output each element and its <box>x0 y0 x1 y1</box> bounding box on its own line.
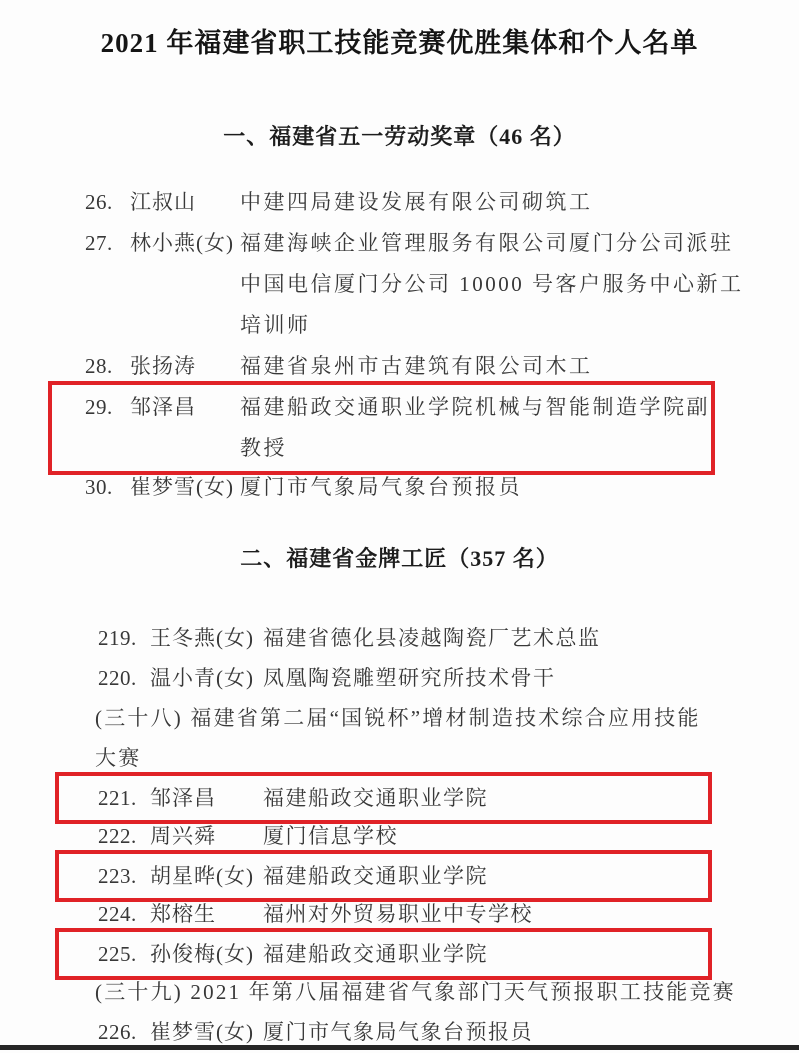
entry-number: 221. <box>98 778 150 818</box>
entry-organization: 福建省德化县凌越陶瓷厂艺术总监 <box>263 618 601 658</box>
competition-subheading: (三十九) 2021 年第八届福建省气象部门天气预报职工技能竞赛 <box>0 972 799 1012</box>
entry-person-name: 林小燕(女) <box>130 223 240 264</box>
entry-number: 219. <box>98 618 150 658</box>
entry-organization-line: 中建四局建设发展有限公司砌筑工 <box>240 182 593 223</box>
entry-organization-line: 福建船政交通职业学院 <box>263 856 488 896</box>
section1-entry-list: 26. 江叔山 中建四局建设发展有限公司砌筑工 27. 林小燕(女) 福建海峡企… <box>0 182 799 508</box>
entry-organization: 福州对外贸易职业中专学校 <box>263 894 533 934</box>
entry-organization-line: 凤凰陶瓷雕塑研究所技术骨干 <box>263 658 556 698</box>
entry-organization: 福建船政交通职业学院机械与智能制造学院副 教授 <box>240 387 710 469</box>
document-title: 2021 年福建省职工技能竞赛优胜集体和个人名单 <box>0 26 799 60</box>
award-entry-row: 29. 邹泽昌 福建船政交通职业学院机械与智能制造学院副 教授 <box>48 381 715 475</box>
award-entry-row: 26. 江叔山 中建四局建设发展有限公司砌筑工 <box>0 182 799 223</box>
entry-organization-line: 福建省德化县凌越陶瓷厂艺术总监 <box>263 618 601 658</box>
entry-organization-line: 福州对外贸易职业中专学校 <box>263 894 533 934</box>
entry-number: 223. <box>98 856 150 896</box>
entry-number: 225. <box>98 934 150 974</box>
entry-organization: 福建船政交通职业学院 <box>263 856 488 896</box>
entry-organization-line: 福建船政交通职业学院机械与智能制造学院副 <box>240 387 710 428</box>
entry-person-name: 胡星晔(女) <box>150 856 263 896</box>
entry-organization: 中建四局建设发展有限公司砌筑工 <box>240 182 593 223</box>
entry-organization: 厦门信息学校 <box>263 816 398 856</box>
section2-entry-list: 219. 王冬燕(女) 福建省德化县凌越陶瓷厂艺术总监 220. 温小青(女) … <box>0 618 799 1052</box>
entry-organization-line: 福建省泉州市古建筑有限公司木工 <box>240 346 593 387</box>
entry-person-name: 温小青(女) <box>150 658 263 698</box>
entry-person-name: 崔梦雪(女) <box>130 467 240 508</box>
scan-bottom-edge <box>0 1045 799 1050</box>
entry-number: 26. <box>85 182 130 223</box>
entry-organization: 凤凰陶瓷雕塑研究所技术骨干 <box>263 658 556 698</box>
entry-organization-line: 福建船政交通职业学院 <box>263 778 488 818</box>
entry-person-name: 张扬涛 <box>130 346 240 387</box>
entry-number: 222. <box>98 816 150 856</box>
entry-number: 224. <box>98 894 150 934</box>
entry-person-name: 王冬燕(女) <box>150 618 263 658</box>
entry-person-name: 邹泽昌 <box>150 778 263 818</box>
entry-organization-line: 厦门市气象局气象台预报员 <box>240 467 522 508</box>
entry-number: 28. <box>85 346 130 387</box>
entry-person-name: 江叔山 <box>130 182 240 223</box>
entry-number: 29. <box>85 387 130 428</box>
entry-organization: 福建船政交通职业学院 <box>263 934 488 974</box>
entry-organization: 福建省泉州市古建筑有限公司木工 <box>240 346 593 387</box>
entry-number: 30. <box>85 467 130 508</box>
award-entry-row: 219. 王冬燕(女) 福建省德化县凌越陶瓷厂艺术总监 <box>0 618 799 658</box>
competition-subheading-line: (三十八) 福建省第二届“国锐杯”增材制造技术综合应用技能 <box>95 698 799 738</box>
entry-organization-line: 中国电信厦门分公司 10000 号客户服务中心新工 <box>240 264 744 305</box>
entry-organization-line: 教授 <box>240 428 710 469</box>
entry-person-name: 周兴舜 <box>150 816 263 856</box>
entry-number: 220. <box>98 658 150 698</box>
entry-person-name: 邹泽昌 <box>130 387 240 428</box>
entry-organization-line: 福建船政交通职业学院 <box>263 934 488 974</box>
entry-organization: 厦门市气象局气象台预报员 <box>240 467 522 508</box>
entry-person-name: 孙俊梅(女) <box>150 934 263 974</box>
entry-organization-line: 厦门信息学校 <box>263 816 398 856</box>
entry-person-name: 郑榕生 <box>150 894 263 934</box>
entry-organization: 福建海峡企业管理服务有限公司厦门分公司派驻 中国电信厦门分公司 10000 号客… <box>240 223 744 346</box>
section1-heading: 一、福建省五一劳动奖章（46 名） <box>0 123 799 151</box>
competition-subheading-line: (三十九) 2021 年第八届福建省气象部门天气预报职工技能竞赛 <box>95 972 799 1012</box>
award-entry-row: 27. 林小燕(女) 福建海峡企业管理服务有限公司厦门分公司派驻 中国电信厦门分… <box>0 223 799 346</box>
entry-number: 27. <box>85 223 130 264</box>
entry-organization: 福建船政交通职业学院 <box>263 778 488 818</box>
award-entry-row: 220. 温小青(女) 凤凰陶瓷雕塑研究所技术骨干 <box>0 658 799 698</box>
entry-organization-line: 培训师 <box>240 305 744 346</box>
document-page: 2021 年福建省职工技能竞赛优胜集体和个人名单 一、福建省五一劳动奖章（46 … <box>0 26 799 1052</box>
award-entry-row: 30. 崔梦雪(女) 厦门市气象局气象台预报员 <box>0 467 799 508</box>
entry-organization-line: 福建海峡企业管理服务有限公司厦门分公司派驻 <box>240 223 744 264</box>
section2-heading: 二、福建省金牌工匠（357 名） <box>0 545 799 573</box>
competition-subheading: (三十八) 福建省第二届“国锐杯”增材制造技术综合应用技能 大赛 <box>0 698 799 778</box>
